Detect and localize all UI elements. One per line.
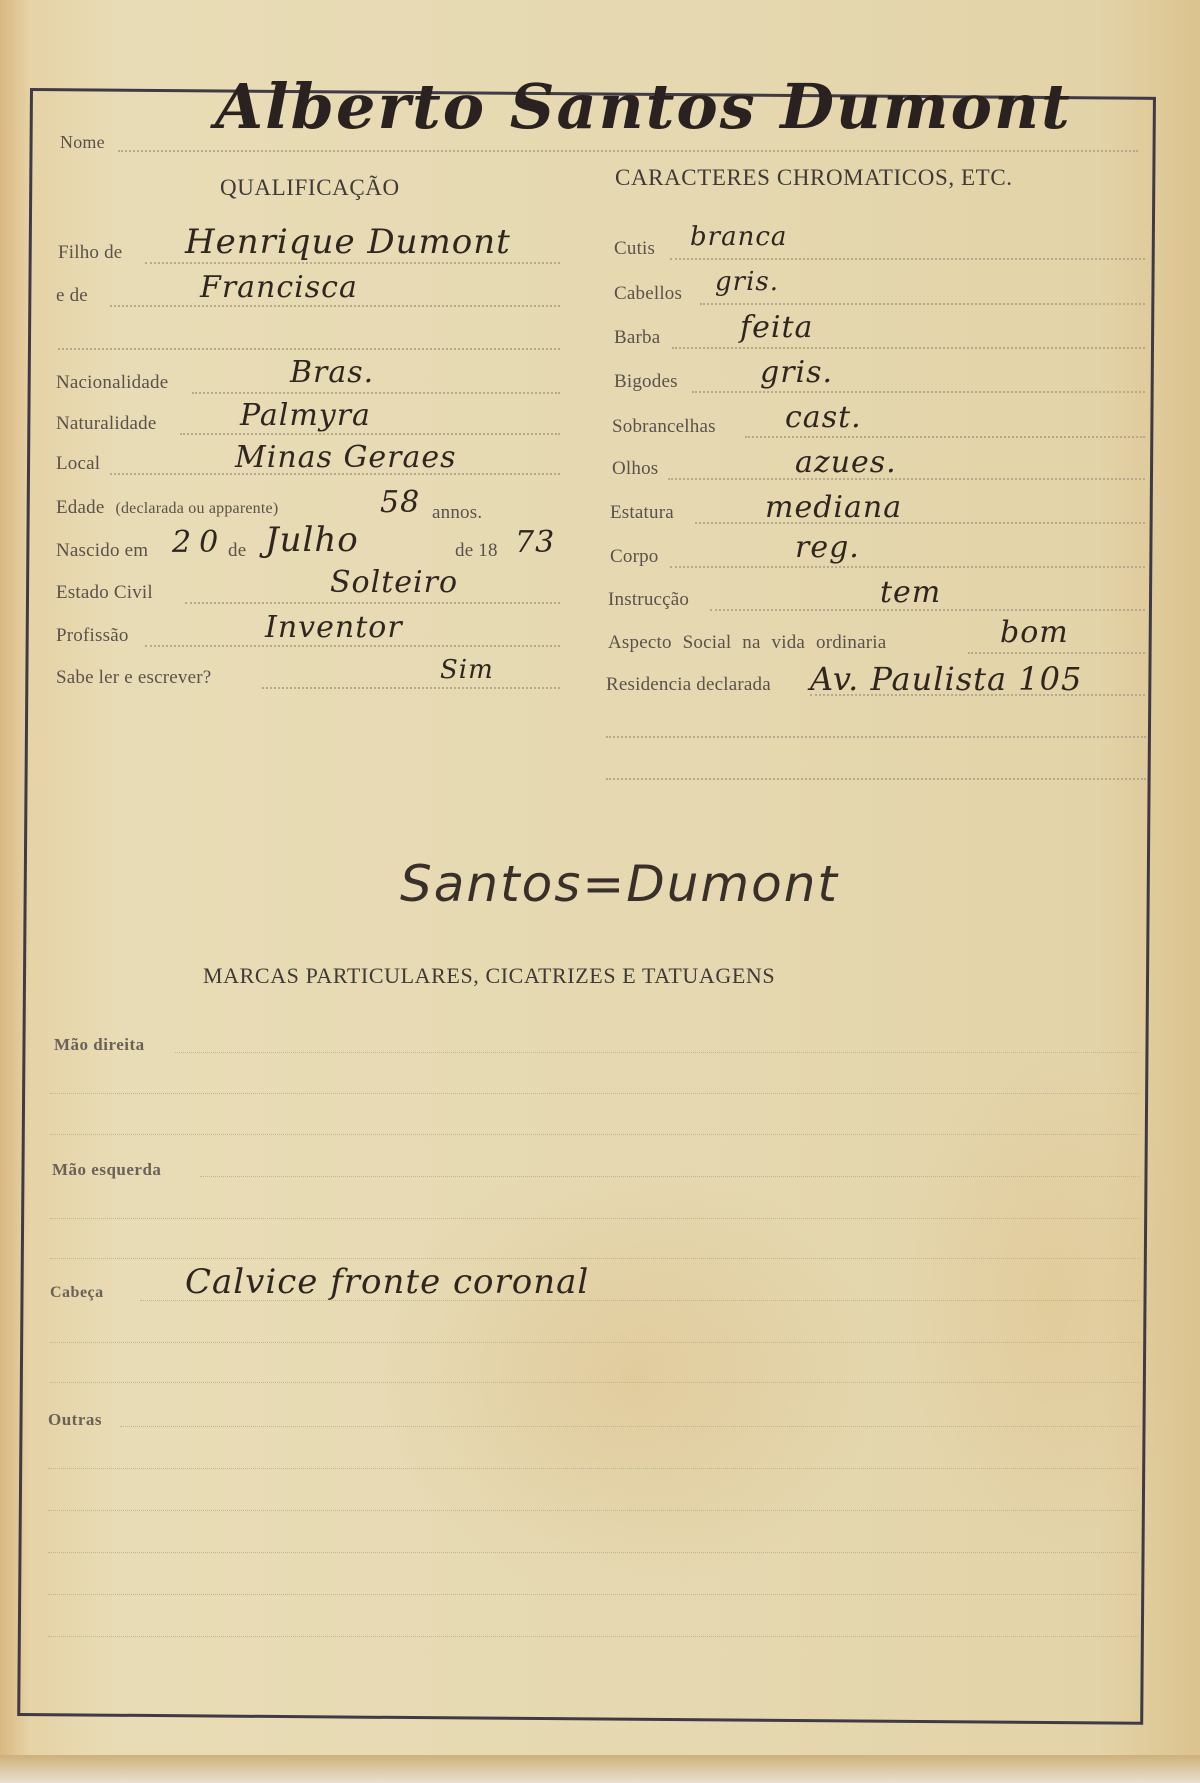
edade-label: Edade: [56, 497, 104, 518]
field-line: [200, 1176, 1140, 1177]
field-value-olhos: azues.: [795, 445, 897, 480]
field-label-sobrancelhas: Sobrancelhas: [612, 416, 716, 438]
field-value-cutis: branca: [690, 222, 787, 252]
field-line: [48, 1510, 1138, 1511]
name-label: Nome: [60, 132, 105, 153]
field-line: [262, 687, 560, 689]
field-line: [50, 1258, 1140, 1259]
field-value-corpo: reg.: [795, 530, 860, 565]
field-label-olhos: Olhos: [612, 458, 658, 480]
field-line: [110, 305, 560, 307]
field-line: [50, 1134, 1140, 1135]
field-value-e-de: Francisca: [200, 270, 358, 305]
field-line: [120, 1426, 1140, 1427]
field-label-nacionalidade: Nacionalidade: [56, 372, 168, 394]
field-label-nascido: Nascido em: [56, 540, 148, 562]
field-value-bigodes: gris.: [760, 355, 833, 390]
field-line: [48, 1594, 1138, 1595]
field-value-aspecto-social: bom: [1000, 615, 1069, 650]
section-caracteres: CARACTERES CHROMATICOS, ETC.: [615, 165, 1013, 191]
field-line: [50, 1218, 1140, 1219]
field-label-sabe-ler: Sabe ler e escrever?: [56, 667, 211, 689]
field-value-barba: feita: [740, 310, 813, 345]
field-line: [695, 522, 1145, 524]
edade-suffix: annos.: [432, 502, 482, 524]
field-line: [670, 258, 1145, 260]
field-label-profissao: Profissão: [56, 625, 129, 647]
field-label-mao-esquerda: Mão esquerda: [52, 1160, 161, 1180]
field-value-local: Minas Geraes: [235, 440, 457, 475]
field-line: [48, 1552, 1138, 1553]
field-line: [692, 391, 1145, 393]
field-label-outras: Outras: [48, 1410, 102, 1430]
field-label-bigodes: Bigodes: [614, 371, 678, 393]
field-label-filho-de: Filho de: [58, 242, 122, 264]
field-line: [50, 1382, 1140, 1383]
field-line: [145, 262, 560, 264]
field-value-nascido-dia: 20: [172, 525, 226, 560]
edade-note: (declarada ou apparente): [115, 500, 278, 517]
field-label-cabellos: Cabellos: [614, 283, 682, 305]
field-label-edade: Edade (declarada ou apparente): [56, 497, 278, 519]
field-label-naturalidade: Naturalidade: [56, 413, 157, 435]
field-line: [668, 478, 1145, 480]
field-label-estatura: Estatura: [610, 502, 674, 524]
page-bottom-edge: [0, 1755, 1200, 1783]
field-label-instruccao: Instrucção: [608, 589, 689, 611]
field-line: [58, 348, 560, 350]
field-line: [175, 1052, 1140, 1053]
signature: Santos=Dumont: [400, 855, 839, 913]
field-value-cabeca: Calvice fronte coronal: [185, 1262, 589, 1302]
field-label-cutis: Cutis: [614, 238, 655, 260]
field-line: [180, 433, 560, 435]
field-value-nascido-mes: Julho: [265, 520, 359, 560]
field-line: [50, 1342, 1140, 1343]
field-value-estado-civil: Solteiro: [330, 565, 458, 600]
field-value-cabellos: gris.: [715, 267, 779, 297]
field-value-sabe-ler: Sim: [440, 655, 494, 685]
section-marcas: MARCAS PARTICULARES, CICATRIZES E TATUAG…: [203, 963, 775, 989]
field-line: [145, 645, 560, 647]
name-value: Alberto Santos Dumont: [215, 70, 1072, 143]
field-value-instruccao: tem: [880, 575, 941, 610]
nascido-de-1: de: [228, 540, 246, 562]
field-label-corpo: Corpo: [610, 546, 659, 568]
field-label-e-de: e de: [56, 285, 88, 307]
field-label-barba: Barba: [614, 327, 660, 349]
field-value-filho-de: Henrique Dumont: [185, 222, 511, 262]
field-value-residencia: Av. Paulista 105: [810, 660, 1082, 698]
field-line: [606, 736, 1146, 738]
field-line: [672, 347, 1145, 349]
field-line: [48, 1468, 1138, 1469]
field-label-residencia: Residencia declarada: [606, 674, 771, 696]
field-line: [745, 436, 1145, 438]
field-line: [192, 392, 560, 394]
nascido-de-2: de 18: [455, 540, 498, 562]
field-value-profissao: Inventor: [265, 610, 403, 645]
field-value-naturalidade: Palmyra: [240, 398, 371, 433]
field-line: [968, 652, 1145, 654]
field-value-nacionalidade: Bras.: [290, 355, 374, 390]
field-label-local: Local: [56, 453, 100, 475]
field-line: [48, 1636, 1138, 1637]
field-label-mao-direita: Mão direita: [54, 1035, 145, 1055]
name-line: [118, 150, 1138, 152]
field-label-aspecto-social: Aspecto Social na vida ordinaria: [608, 632, 886, 654]
field-value-edade: 58: [380, 485, 420, 520]
field-line: [700, 303, 1145, 305]
field-line: [50, 1093, 1140, 1094]
field-line: [185, 602, 560, 604]
field-label-cabeca: Cabeça: [50, 1284, 104, 1302]
section-qualificacao: QUALIFICAÇÃO: [220, 175, 400, 201]
field-label-estado-civil: Estado Civil: [56, 582, 153, 604]
field-line: [670, 566, 1145, 568]
field-value-estatura: mediana: [765, 490, 902, 525]
field-value-nascido-ano: 73: [515, 525, 555, 560]
field-value-sobrancelhas: cast.: [785, 400, 862, 435]
field-line: [606, 778, 1146, 780]
